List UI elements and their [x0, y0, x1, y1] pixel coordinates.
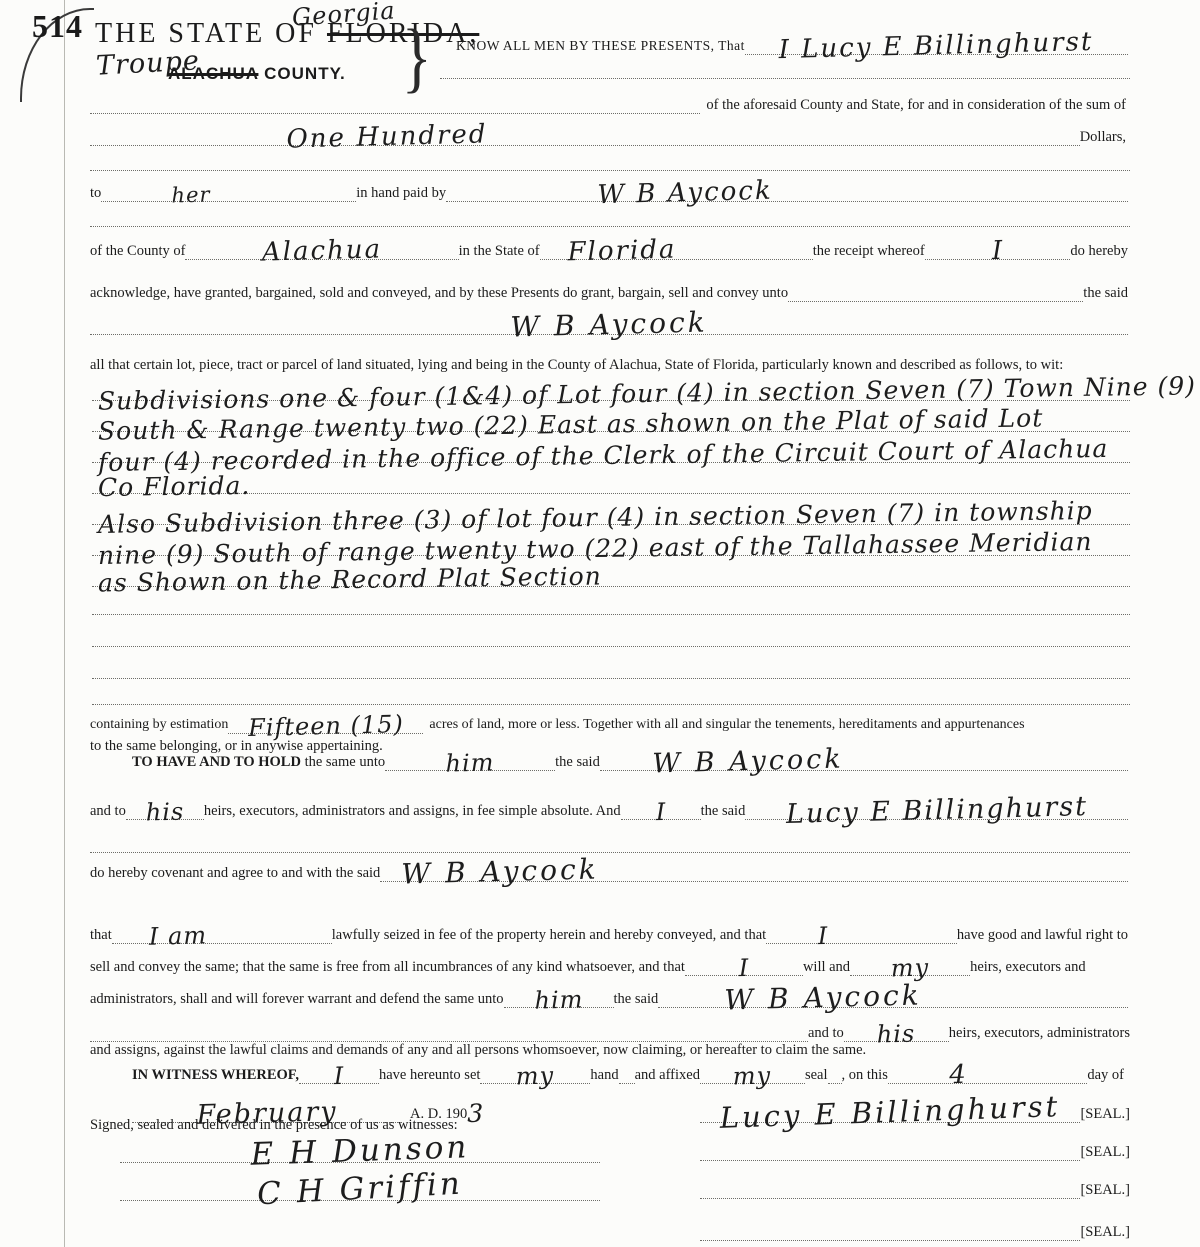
- seal-bracket-label: [SEAL.]: [1080, 1182, 1130, 1199]
- seized-label: lawfully seized in fee of the property h…: [332, 926, 766, 944]
- grantee-row: W B Aycock: [90, 318, 1128, 335]
- seal-line-3: [SEAL.]: [700, 1182, 1130, 1199]
- covenant-row: do hereby covenant and agree to and with…: [90, 864, 1128, 882]
- seal-bracket-label: [SEAL.]: [1080, 1106, 1130, 1123]
- aforesaid-label: of the aforesaid County and State, for a…: [706, 96, 1126, 114]
- dotted-rule: [92, 646, 1130, 647]
- in-hand-label: in hand paid by: [356, 184, 446, 202]
- to-whom-field: her: [101, 185, 356, 202]
- defend-row: administrators, shall and will forever w…: [90, 990, 1128, 1008]
- signed-row: Signed, sealed and delivered in the pres…: [90, 1116, 580, 1134]
- to-have-rest-label: the same unto: [301, 754, 385, 770]
- receipt-handwriting: I: [991, 238, 1004, 264]
- the-said-label: the said: [701, 802, 746, 820]
- description-line: South & Range twenty two (22) East as sh…: [92, 401, 1130, 432]
- brace-glyph: }: [402, 12, 432, 102]
- his-heirs-field: his: [844, 1025, 949, 1042]
- signature-field: Lucy E Billinghurst: [700, 1106, 1080, 1123]
- set-label: have hereunto set: [379, 1066, 480, 1084]
- hand-label: hand: [590, 1066, 618, 1084]
- covenant-grantee-field: W B Aycock: [380, 865, 1128, 882]
- sum-row: One Hundred Dollars,: [90, 128, 1126, 146]
- payer-handwriting: W B Aycock: [597, 178, 773, 209]
- the-said-label: the said: [1083, 284, 1128, 302]
- defend-grantee-field: W B Aycock: [658, 991, 1128, 1008]
- description-line: Also Subdivision three (3) of lot four (…: [92, 494, 1130, 525]
- dotted-rule: [92, 614, 1130, 615]
- of-county-label: of the County of: [90, 242, 185, 260]
- acknowledge-label: acknowledge, have granted, bargained, so…: [90, 284, 788, 302]
- witness-i-field: I: [299, 1067, 379, 1084]
- grantor-signature-handwriting: Lucy E Billinghurst: [720, 1092, 1061, 1133]
- right-label: have good and lawful right to: [957, 926, 1128, 944]
- seal-bracket-label: [SEAL.]: [1080, 1144, 1130, 1161]
- the-said-label: the said: [614, 990, 659, 1008]
- on-this-label: , on this: [842, 1066, 888, 1084]
- aforesaid-row: of the aforesaid County and State, for a…: [90, 96, 1126, 114]
- state-correction-handwriting: Georgia: [291, 0, 396, 30]
- dotted-rule: [440, 78, 1130, 79]
- deed-document-page: 514 THE STATE OF FLORIDA, Georgia Troupe…: [0, 0, 1200, 1247]
- blank-field: [788, 285, 1083, 302]
- description-line: as Shown on the Record Plat Section: [92, 556, 1130, 587]
- dollars-label: Dollars,: [1080, 128, 1126, 146]
- county-state-row: of the County of Alachua in the State of…: [90, 242, 1128, 260]
- and-to-label: and to: [808, 1024, 844, 1042]
- blank-field: [700, 1144, 1080, 1161]
- the-said-label: the said: [555, 753, 600, 771]
- know-all-men-row: KNOW ALL MEN BY THESE PRESENTS, That I L…: [456, 38, 1128, 55]
- county-field: Alachua: [185, 243, 458, 260]
- day-handwriting: 4: [949, 1062, 967, 1088]
- day-field: 4: [888, 1067, 1088, 1084]
- seal-bracket-label: [SEAL.]: [1080, 1224, 1130, 1241]
- know-all-men-label: KNOW ALL MEN BY THESE PRESENTS, That: [456, 38, 745, 55]
- covenant-label: do hereby covenant and agree to and with…: [90, 864, 380, 882]
- witness-i-handwriting: I: [333, 1064, 344, 1088]
- grantor2-handwriting: Lucy E Billinghurst: [785, 793, 1088, 828]
- assigns-label: and assigns, against the lawful claims a…: [90, 1041, 866, 1059]
- my-field: my: [850, 959, 970, 976]
- state-handwriting: Florida: [567, 237, 677, 266]
- in-witness-row: IN WITNESS WHEREOF, I have hereunto set …: [132, 1066, 1124, 1084]
- seized-i-field: I: [766, 927, 957, 944]
- grantor-name-field: I Lucy E Billinghurst: [745, 38, 1128, 55]
- witness1-signature-handwriting: E H Dunson: [250, 1132, 470, 1171]
- description-line: nine (9) South of range twenty two (22) …: [92, 525, 1130, 556]
- will-and-label: will and: [803, 958, 850, 976]
- seized-row: that I am lawfully seized in fee of the …: [90, 926, 1128, 944]
- do-hereby-label: do hereby: [1070, 242, 1128, 260]
- assigns-row: and assigns, against the lawful claims a…: [90, 1041, 1128, 1059]
- county-handwriting: Alachua: [262, 237, 383, 266]
- and-to-label: and to: [90, 802, 126, 820]
- and-i-field: I: [621, 803, 701, 820]
- in-state-label: in the State of: [459, 242, 540, 260]
- blank-field: [90, 97, 700, 114]
- witness1-field: E H Dunson: [120, 1144, 600, 1163]
- admin-label: administrators, shall and will forever w…: [90, 990, 504, 1008]
- seal-line-1: Lucy E Billinghurst [SEAL.]: [700, 1106, 1130, 1123]
- witness-line-2: C H Griffin: [120, 1182, 600, 1201]
- that-handwriting: I am: [148, 923, 207, 949]
- receipt-whereof-label: the receipt whereof: [813, 242, 925, 260]
- grantor2-field: Lucy E Billinghurst: [745, 803, 1128, 820]
- hold-grantee-handwriting: W B Aycock: [652, 746, 844, 778]
- grantee-field: W B Aycock: [90, 318, 1128, 335]
- blank-field: [828, 1067, 842, 1084]
- heirs-label: heirs, executors, administrators and ass…: [204, 802, 621, 820]
- blank-field: [700, 1224, 1080, 1241]
- sum-handwriting: One Hundred: [286, 121, 488, 152]
- hand-my-handwriting: my: [516, 1064, 555, 1089]
- his-handwriting: his: [145, 800, 184, 825]
- sum-field: One Hundred: [90, 129, 1080, 146]
- paid-by-row: to her in hand paid by W B Aycock: [90, 184, 1128, 202]
- page-number: 514: [32, 8, 83, 45]
- seal-my-handwriting: my: [733, 1064, 772, 1089]
- description-line: Co Florida.: [92, 463, 1130, 494]
- unto-handwriting: him: [445, 750, 495, 775]
- defend-grantee-handwriting: W B Aycock: [724, 982, 922, 1015]
- county-heading: ALACHUA COUNTY.: [168, 64, 346, 84]
- unto-him-field: him: [504, 991, 614, 1008]
- unto-him-handwriting: him: [534, 987, 584, 1012]
- dotted-rule: [90, 226, 1130, 227]
- his-field: his: [126, 803, 204, 820]
- to-have-row: TO HAVE AND TO HOLD the same unto him th…: [132, 753, 1128, 771]
- day-of-label: day of: [1087, 1066, 1124, 1084]
- to-label: to: [90, 184, 101, 202]
- seal-word-label: seal: [805, 1066, 828, 1084]
- scan-edge-line: [64, 0, 65, 1247]
- containing-label: containing by estimation: [90, 716, 228, 734]
- county-suffix: COUNTY.: [258, 64, 345, 83]
- heirs-admin-label: heirs, executors, administrators: [949, 1024, 1130, 1042]
- dotted-rule: [92, 678, 1130, 679]
- acknowledge-row: acknowledge, have granted, bargained, so…: [90, 284, 1128, 302]
- description-line: four (4) recorded in the office of the C…: [92, 432, 1130, 463]
- that-label: that: [90, 926, 112, 944]
- dotted-rule: [90, 170, 1130, 171]
- heirs-row: and to his heirs, executors, administrat…: [90, 802, 1128, 820]
- acreage-field: Fifteen (15): [228, 717, 423, 733]
- seized-i-handwriting: I: [818, 924, 829, 948]
- description-handwriting: as Shown on the Record Plat Section: [98, 563, 602, 595]
- containing-row: containing by estimation Fifteen (15) ac…: [90, 716, 1134, 734]
- and-to-heirs-row: and to his heirs, executors, administrat…: [90, 1024, 1130, 1042]
- unto-field: him: [385, 754, 555, 771]
- seal-my-field: my: [700, 1067, 805, 1084]
- affixed-label: and affixed: [635, 1066, 700, 1084]
- blank-field: [90, 1025, 808, 1042]
- covenant-grantee-handwriting: W B Aycock: [401, 856, 599, 889]
- sell-label: sell and convey the same; that the same …: [90, 958, 685, 976]
- in-witness-label: IN WITNESS WHEREOF,: [132, 1066, 299, 1084]
- witness2-signature-handwriting: C H Griffin: [256, 1168, 463, 1210]
- sell-i-handwriting: I: [738, 956, 749, 980]
- blank-field: [700, 1182, 1080, 1199]
- hand-my-field: my: [480, 1067, 590, 1084]
- my-handwriting: my: [891, 956, 930, 981]
- acreage-handwriting: Fifteen (15): [248, 711, 404, 739]
- to-whom-handwriting: her: [171, 185, 211, 207]
- and-i-handwriting: I: [655, 800, 666, 824]
- seal-line-4: [SEAL.]: [700, 1224, 1130, 1241]
- heirs-exec-label: heirs, executors and: [970, 958, 1086, 976]
- description-line: Subdivisions one & four (1&4) of Lot fou…: [92, 370, 1130, 401]
- seal-line-2: [SEAL.]: [700, 1144, 1130, 1161]
- grantee-handwriting: W B Aycock: [510, 308, 708, 341]
- sell-i-field: I: [685, 959, 803, 976]
- sell-row: sell and convey the same; that the same …: [90, 958, 1128, 976]
- receipt-field: I: [925, 243, 1071, 260]
- dotted-rule: [92, 704, 1130, 705]
- that-field: I am: [112, 927, 332, 944]
- dotted-rule: [90, 852, 1130, 853]
- blank-field: [619, 1067, 635, 1084]
- hold-grantee-field: W B Aycock: [600, 754, 1128, 771]
- acres-label: acres of land, more or less. Together wi…: [429, 716, 1024, 734]
- payer-field: W B Aycock: [446, 185, 1128, 202]
- state-field: Florida: [540, 243, 813, 260]
- witness-line-1: E H Dunson: [120, 1144, 600, 1163]
- grantor-name-handwriting: I Lucy E Billinghurst: [779, 29, 1094, 63]
- county-name-struck: ALACHUA: [168, 64, 258, 83]
- witness2-field: C H Griffin: [120, 1182, 600, 1201]
- to-have-bold-label: TO HAVE AND TO HOLD: [132, 754, 301, 770]
